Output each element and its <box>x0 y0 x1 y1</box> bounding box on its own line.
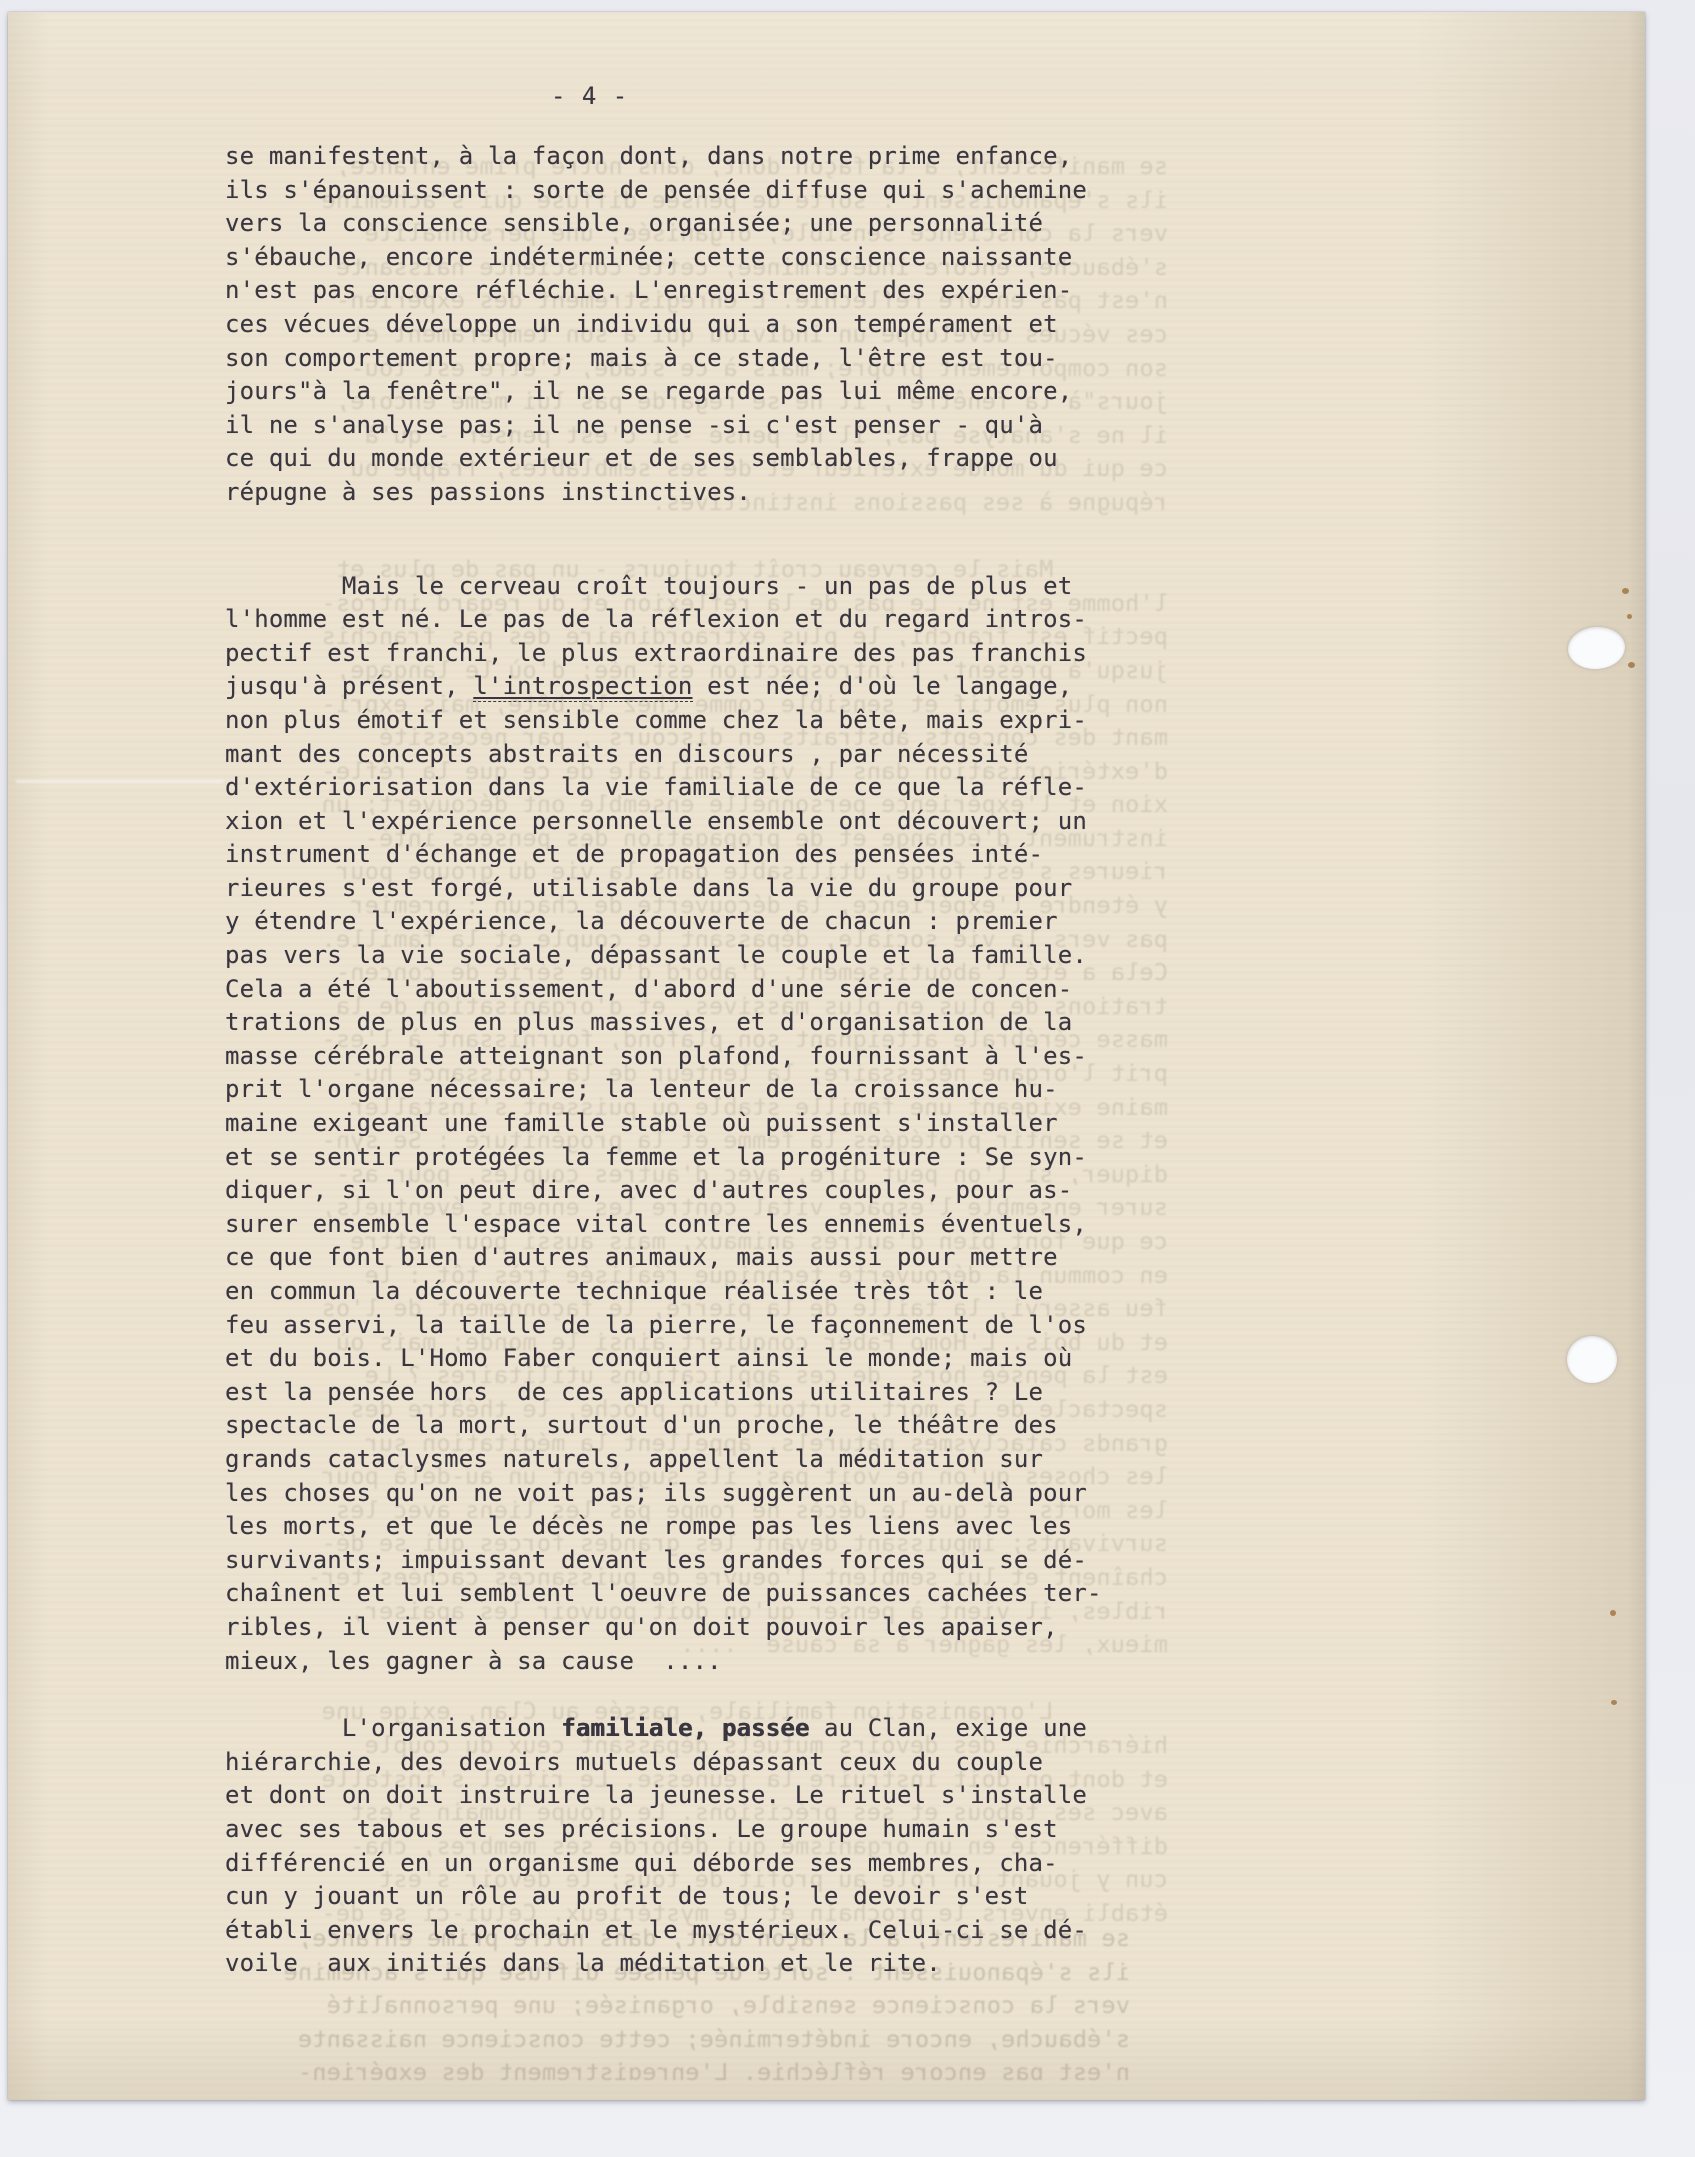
text-line: mieux, les gagner à sa cause .... <box>225 1645 1102 1679</box>
text-line: spectacle de la mort, surtout d'un proch… <box>225 1409 1102 1443</box>
text-line: les choses qu'on ne voit pas; ils suggèr… <box>225 1477 1102 1511</box>
text-line: ce qui du monde extérieur et de ses semb… <box>225 442 1102 476</box>
text-line: jusqu'à présent, l'introspection est née… <box>225 670 1102 704</box>
text-line: mant des concepts abstraits en discours … <box>225 738 1102 772</box>
text-line: voile aux initiés dans la méditation et … <box>225 1947 1102 1981</box>
text-line: ces vécues développe un individu qui a s… <box>225 308 1102 342</box>
page-number: - 4 - <box>551 82 628 110</box>
text-line: Cela a été l'aboutissement, d'abord d'un… <box>225 973 1102 1007</box>
text-line: pectif est franchi, le plus extraordinai… <box>225 637 1102 671</box>
text-line: et se sentir protégées la femme et la pr… <box>225 1141 1102 1175</box>
rust-speck <box>1611 1700 1617 1705</box>
text-line: prit l'organe nécessaire; la lenteur de … <box>225 1073 1102 1107</box>
text-line: cun y jouant un rôle au profit de tous; … <box>225 1880 1102 1914</box>
paragraph: se manifestent, à la façon dont, dans no… <box>225 140 1102 510</box>
punch-hole <box>1567 1336 1617 1383</box>
text-line: et du bois. L'Homo Faber conquiert ainsi… <box>225 1342 1102 1376</box>
text-line: est la pensée hors de ces applications u… <box>225 1376 1102 1410</box>
text-line: l'homme est né. Le pas de la réflexion e… <box>225 603 1102 637</box>
text-line: vers la conscience sensible, organisée; … <box>225 207 1102 241</box>
text-line: pas vers la vie sociale, dépassant le co… <box>225 939 1102 973</box>
text-line: hiérarchie, des devoirs mutuels dépassan… <box>225 1746 1102 1780</box>
text-line: et dont on doit instruire la jeunesse. L… <box>225 1779 1102 1813</box>
text-line: en commun la découverte technique réalis… <box>225 1275 1102 1309</box>
text-line: surer ensemble l'espace vital contre les… <box>225 1208 1102 1242</box>
text-line: son comportement propre; mais à ce stade… <box>225 342 1102 376</box>
text-line: différencié en un organisme qui déborde … <box>225 1847 1102 1881</box>
double-struck-text: passée <box>722 1714 810 1742</box>
text-line: les morts, et que le décès ne rompe pas … <box>225 1510 1102 1544</box>
scan-background: se manifestent, à la façon dont, dans no… <box>0 0 1695 2157</box>
paper-crease <box>16 780 224 783</box>
text-line: instrument d'échange et de propagation d… <box>225 838 1102 872</box>
text-line: feu asservi, la taille de la pierre, le … <box>225 1309 1102 1343</box>
text-line: ribles, il vient à penser qu'on doit pou… <box>225 1611 1102 1645</box>
paragraph: Mais le cerveau croît toujours - un pas … <box>225 570 1102 1679</box>
text-line: rieures s'est forgé, utilisable dans la … <box>225 872 1102 906</box>
text-line: ce que font bien d'autres animaux, mais … <box>225 1241 1102 1275</box>
text-line: non plus émotif et sensible comme chez l… <box>225 704 1102 738</box>
underlined-text: l'introspection <box>473 672 692 702</box>
text-line: répugne à ses passions instinctives. <box>225 476 1102 510</box>
text-line: avec ses tabous et ses précisions. Le gr… <box>225 1813 1102 1847</box>
rust-speck <box>1622 588 1629 594</box>
text-line: maine exigeant une famille stable où pui… <box>225 1107 1102 1141</box>
text-line: d'extériorisation dans la vie familiale … <box>225 771 1102 805</box>
rust-speck <box>1610 1610 1616 1616</box>
text-line: trations de plus en plus massives, et d'… <box>225 1006 1102 1040</box>
text-line: n'est pas encore réfléchie. L'enregistre… <box>225 274 1102 308</box>
paragraph: L'organisation familiale, passée au Clan… <box>225 1712 1102 1981</box>
text-line: s'ébauche, encore indéterminée; cette co… <box>225 241 1102 275</box>
rust-speck <box>1628 662 1635 668</box>
text-line: chaînent et lui semblent l'oeuvre de pui… <box>225 1577 1102 1611</box>
text-line: diquer, si l'on peut dire, avec d'autres… <box>225 1174 1102 1208</box>
text-line: il ne s'analyse pas; il ne pense -si c'e… <box>225 409 1102 443</box>
rust-speck <box>1627 614 1632 619</box>
text-line: ils s'épanouissent : sorte de pensée dif… <box>225 174 1102 208</box>
text-block: se manifestent, à la façon dont, dans no… <box>225 140 1102 1981</box>
text-line: établi envers le prochain et le mystérie… <box>225 1914 1102 1948</box>
text-line: jours"à la fenêtre", il ne se regarde pa… <box>225 375 1102 409</box>
text-line: grands cataclysmes naturels, appellent l… <box>225 1443 1102 1477</box>
text-line: xion et l'expérience personnelle ensembl… <box>225 805 1102 839</box>
text-line: survivants; impuissant devant les grande… <box>225 1544 1102 1578</box>
text-line: Mais le cerveau croît toujours - un pas … <box>225 570 1102 604</box>
text-line: L'organisation familiale, passée au Clan… <box>225 1712 1102 1746</box>
text-line: masse cérébrale atteignant son plafond, … <box>225 1040 1102 1074</box>
text-line: se manifestent, à la façon dont, dans no… <box>225 140 1102 174</box>
text-line: y étendre l'expérience, la découverte de… <box>225 905 1102 939</box>
double-struck-text: familiale, <box>561 1714 707 1742</box>
